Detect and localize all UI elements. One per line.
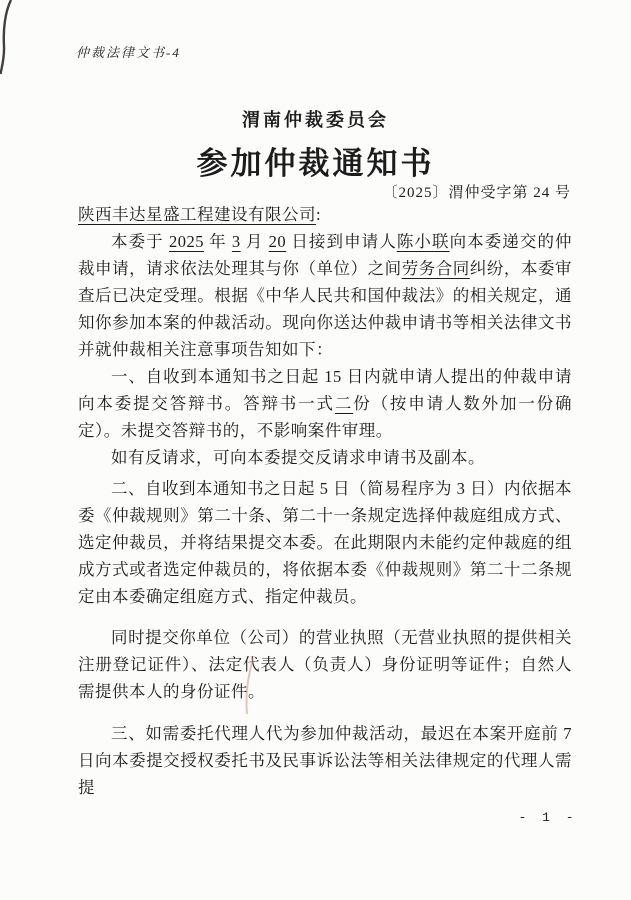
underlined-text: 2025 <box>169 232 204 251</box>
document-title: 参加仲裁通知书 <box>0 138 631 183</box>
text-run: 年 <box>204 232 232 251</box>
underlined-text: 陕西丰达星盛工程建设有限公司 <box>78 205 316 224</box>
underlined-text: 20 <box>269 232 287 251</box>
text-run: 三、如需委托代理人代为参加仲裁活动，最迟在本案开庭前 7 日向本委提交授权委托书… <box>78 724 572 797</box>
text-run: 如有反请求，可向本委提交反请求申请书及副本。 <box>111 448 485 467</box>
case-number: 〔2025〕渭仲受字第 24 号 <box>382 181 571 202</box>
documents-paragraph: 同时提交你单位（公司）的营业执照（无营业执照的提供相关注册登记证件）、法定代表人… <box>78 624 572 705</box>
underlined-text: 二 <box>335 394 353 413</box>
document-page: 仲裁法律文书-4 渭南仲裁委员会 参加仲裁通知书 〔2025〕渭仲受字第 24 … <box>0 0 631 900</box>
text-run: 本委于 <box>111 232 169 251</box>
text-run: 日接到申请人 <box>286 232 397 251</box>
underlined-text: 3 <box>232 232 241 251</box>
intro-paragraph: 本委于 2025 年 3 月 20 日接到申请人陈小联向本委递交的仲裁申请，请求… <box>78 228 572 363</box>
item-2-paragraph: 二、自收到本通知书之日起 5 日（简易程序为 3 日）内依据本委《仲裁规则》第二… <box>78 475 572 610</box>
scan-edge-artifact <box>0 0 20 80</box>
page-number: - 1 - <box>508 810 588 825</box>
text-run: 同时提交你单位（公司）的营业执照（无营业执照的提供相关注册登记证件）、法定代表人… <box>78 628 572 701</box>
underlined-text: 劳务合同 <box>402 259 470 278</box>
item-1-paragraph: 一、自收到本通知书之日起 15 日内就申请人提出的仲裁申请向本委提交答辩书。答辩… <box>78 363 572 444</box>
text-run: 月 <box>241 232 269 251</box>
organization-name: 渭南仲裁委员会 <box>0 106 631 132</box>
item-3-paragraph: 三、如需委托代理人代为参加仲裁活动，最迟在本案开庭前 7 日向本委提交授权委托书… <box>78 720 572 801</box>
text-run: 二、自收到本通知书之日起 5 日（简易程序为 3 日）内依据本委《仲裁规则》第二… <box>78 479 572 606</box>
underlined-text: 陈小联 <box>397 232 450 251</box>
counterclaim-paragraph: 如有反请求，可向本委提交反请求申请书及副本。 <box>78 444 572 471</box>
header-label: 仲裁法律文书-4 <box>76 42 181 61</box>
document-body: 陕西丰达星盛工程建设有限公司:本委于 2025 年 3 月 20 日接到申请人陈… <box>78 201 572 801</box>
recipient-line: 陕西丰达星盛工程建设有限公司: <box>78 201 572 228</box>
text-run: : <box>316 205 321 224</box>
